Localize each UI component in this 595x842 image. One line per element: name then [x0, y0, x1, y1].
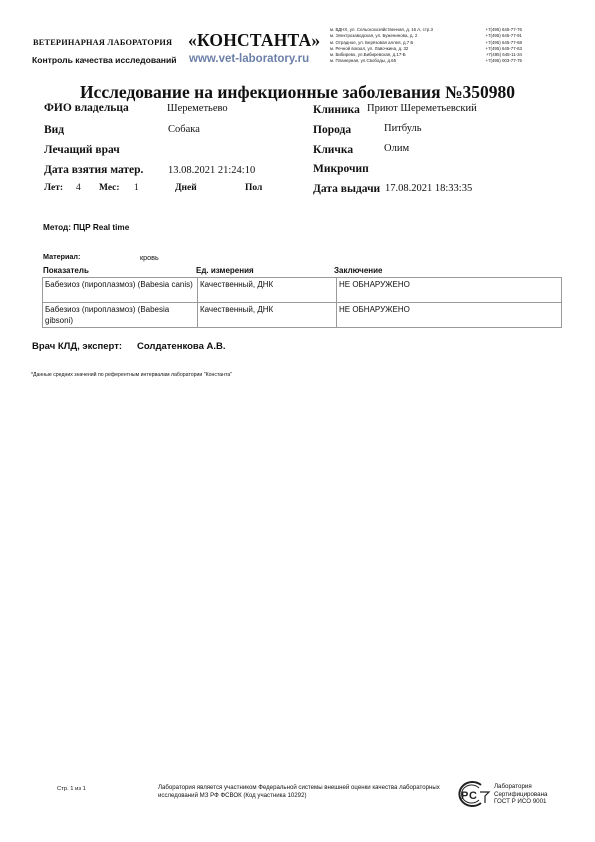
- days-label: Дней: [175, 183, 197, 193]
- signature-name: Солдатенкова А.В.: [137, 341, 226, 352]
- months-value: 1: [134, 183, 139, 193]
- method: Метод: ПЦР Real time: [43, 223, 129, 232]
- breed-label: Порода: [313, 124, 351, 136]
- issue-date-value: 17.08.2021 18:33:35: [385, 183, 472, 194]
- column-header-unit: Ед. измерения: [196, 266, 254, 275]
- svg-text:P: P: [461, 790, 468, 802]
- branch-address: м. Планерная, ул.Свободы, д.65: [330, 58, 433, 64]
- branch-phone: +7(495) 003-77-75: [450, 58, 522, 64]
- column-header-indicator: Показатель: [43, 266, 89, 275]
- svg-text:C: C: [469, 790, 477, 802]
- clinic-label: Клиника: [313, 104, 360, 116]
- indicator-cell: Бабезиоз (пироплазмоз) (Babesia canis): [43, 278, 198, 303]
- cert-line: ГОСТ Р ИСО 9001: [494, 798, 547, 806]
- certification-text: Лаборатория Сертифицирована ГОСТ Р ИСО 9…: [494, 783, 547, 806]
- conclusion-cell: НЕ ОБНАРУЖЕНО: [337, 303, 562, 328]
- lab-website-link[interactable]: www.vet-laboratory.ru: [189, 53, 309, 65]
- lab-tagline: Контроль качества исследований: [32, 55, 177, 65]
- months-label: Мес:: [99, 183, 120, 193]
- microchip-label: Микрочип: [313, 163, 369, 175]
- branch-phones: +7(495) 645-77-76 +7(495) 645-77-91 +7(4…: [450, 27, 522, 65]
- unit-cell: Качественный, ДНК: [198, 303, 337, 328]
- nickname-label: Кличка: [313, 144, 353, 156]
- nickname-value: Олим: [384, 143, 409, 154]
- material-value: кровь: [140, 253, 159, 262]
- breed-value: Питбуль: [384, 123, 422, 134]
- lab-type: ВЕТЕРИНАРНАЯ ЛАБОРАТОРИЯ: [33, 38, 172, 47]
- indicator-cell: Бабезиоз (пироплазмоз) (Babesia gibsoni): [43, 303, 198, 328]
- table-row: Бабезиоз (пироплазмоз) (Babesia canis) К…: [43, 278, 562, 303]
- conclusion-cell: НЕ ОБНАРУЖЕНО: [337, 278, 562, 303]
- cert-line: Лаборатория: [494, 783, 547, 791]
- years-value: 4: [76, 183, 81, 193]
- table-row: Бабезиоз (пироплазмоз) (Babesia gibsoni)…: [43, 303, 562, 328]
- fsvok-notice: Лаборатория является участником Федераль…: [158, 784, 458, 800]
- species-value: Собака: [168, 124, 200, 135]
- certification-logo-icon: P C: [455, 779, 491, 809]
- signature-label: Врач КЛД, эксперт:: [32, 341, 122, 352]
- years-label: Лет:: [44, 183, 63, 193]
- cert-line: Сертифицирована: [494, 791, 547, 799]
- sample-date-label: Дата взятия матер.: [44, 164, 143, 176]
- branch-addresses: м. ВДНХ, ул. Сельскохозяйственная, д. 16…: [330, 27, 433, 65]
- page-number: Стр. 1 из 1: [57, 786, 86, 792]
- lab-name: «КОНСТАНТА»: [188, 30, 320, 51]
- column-header-conclusion: Заключение: [334, 266, 382, 275]
- material-label: Материал:: [43, 252, 80, 261]
- sample-date-value: 13.08.2021 21:24:10: [168, 165, 255, 176]
- owner-label: ФИО владельца: [44, 102, 129, 114]
- results-table: Бабезиоз (пироплазмоз) (Babesia canis) К…: [42, 277, 562, 328]
- clinic-value: Приют Шереметьевский: [367, 103, 477, 114]
- sex-label: Пол: [245, 183, 262, 193]
- owner-value: Шереметьево: [167, 103, 228, 114]
- issue-date-label: Дата выдачи: [313, 183, 380, 195]
- doctor-label: Лечащий врач: [44, 144, 120, 156]
- unit-cell: Качественный, ДНК: [198, 278, 337, 303]
- footnote: *Данные средних значений по референтным …: [31, 372, 232, 378]
- species-label: Вид: [44, 124, 64, 136]
- page-title: Исследование на инфекционные заболевания…: [0, 82, 595, 103]
